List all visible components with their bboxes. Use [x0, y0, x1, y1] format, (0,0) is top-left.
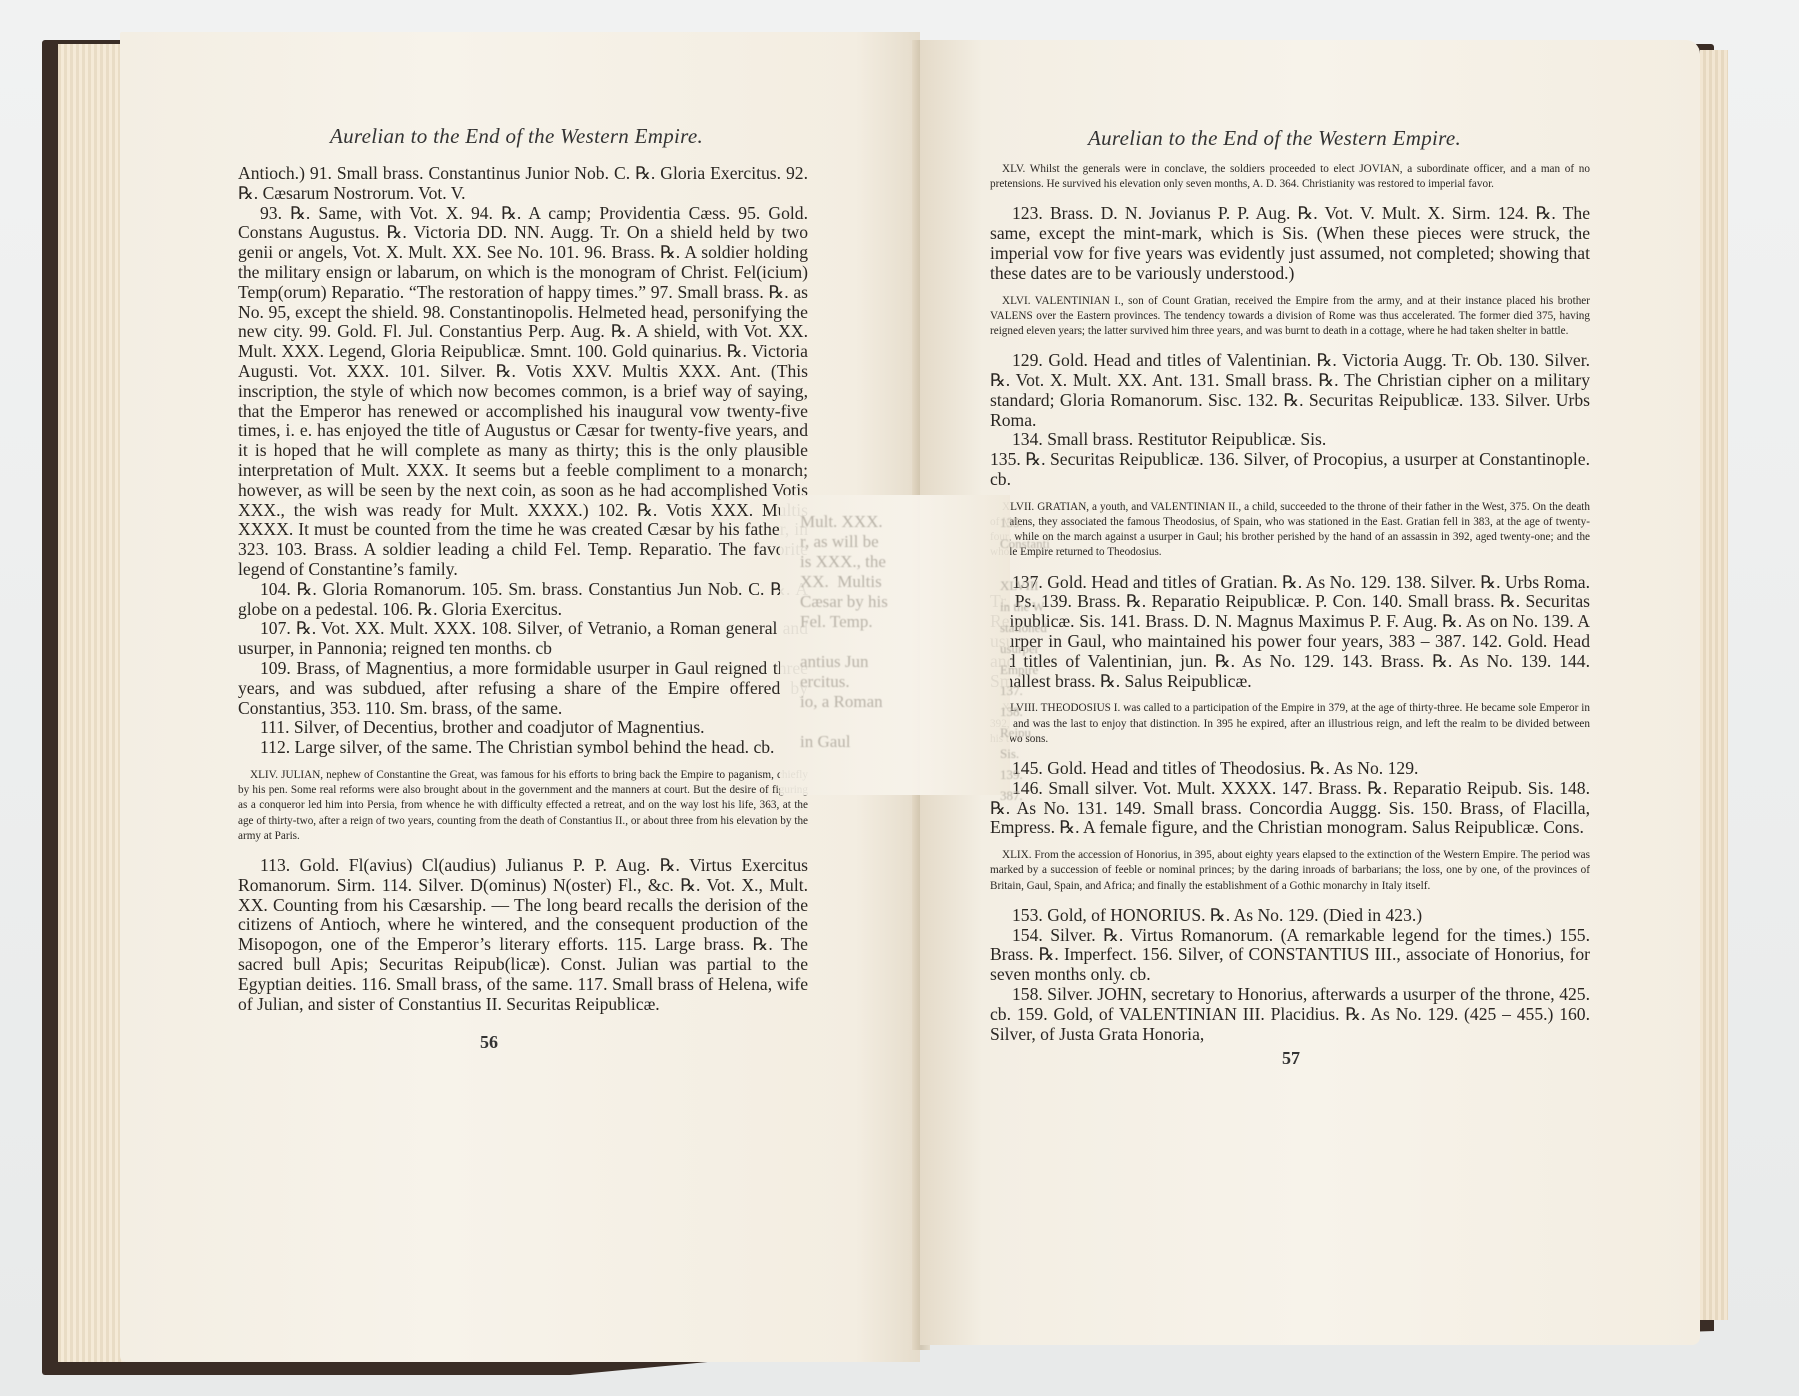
paragraph: 137. Gold. Head and titles of Gratian. ℞… — [990, 573, 1590, 692]
historical-note-xlviii: XLVIII. THEODOSIUS I. was called to a pa… — [990, 701, 1590, 747]
paragraph: 107. ℞. Vot. XX. Mult. XXX. 108. Silver,… — [238, 619, 808, 659]
bleed-through-text-right: 135. Constanti XLVIII in the W stationed… — [1000, 512, 1050, 806]
historical-note-xlix: XLIX. From the accession of Honorius, in… — [990, 848, 1590, 894]
paragraph: 129. Gold. Head and titles of Valentinia… — [990, 351, 1590, 430]
page-number-left: 56 — [480, 1032, 498, 1053]
historical-note-xlvi: XLVI. VALENTINIAN I., son of Count Grati… — [990, 294, 1590, 340]
right-page-body: XLV. Whilst the generals were in conclav… — [990, 158, 1590, 1044]
historical-note-xliv: XLIV. JULIAN, nephew of Constantine the … — [238, 768, 808, 844]
left-page-body: Antioch.) 91. Small brass. Constantinus … — [238, 164, 808, 1014]
page-number-right: 57 — [1282, 1048, 1300, 1069]
paragraph: 154. Silver. ℞. Virtus Romanorum. (A rem… — [990, 926, 1590, 985]
paragraph: 113. Gold. Fl(avius) Cl(audius) Julianus… — [238, 856, 808, 1014]
paragraph: 123. Brass. D. N. Jovianus P. P. Aug. ℞.… — [990, 204, 1590, 283]
paragraph: Antioch.) 91. Small brass. Constantinus … — [238, 164, 808, 204]
paragraph: 109. Brass, of Magnentius, a more formid… — [238, 659, 808, 718]
paragraph: 145. Gold. Head and titles of Theodosius… — [990, 759, 1590, 779]
paragraph: 111. Silver, of Decentius, brother and c… — [238, 718, 808, 738]
paragraph: 134. Small brass. Restitutor Reipublicæ.… — [990, 430, 1590, 450]
paragraph: 93. ℞. Same, with Vot. X. 94. ℞. A camp;… — [238, 204, 808, 580]
historical-note-xlvii: XLVII. GRATIAN, a youth, and VALENTINIAN… — [990, 500, 1590, 561]
page-edges-right — [1700, 50, 1728, 1320]
paragraph: 104. ℞. Gloria Romanorum. 105. Sm. brass… — [238, 580, 808, 620]
running-head-left: Aurelian to the End of the Western Empir… — [330, 124, 703, 149]
paragraph: 146. Small silver. Vot. Mult. XXXX. 147.… — [990, 779, 1590, 838]
paragraph: 153. Gold, of HONORIUS. ℞. As No. 129. (… — [990, 906, 1590, 926]
running-head-right: Aurelian to the End of the Western Empir… — [1088, 126, 1461, 151]
paragraph: 158. Silver. JOHN, secretary to Honorius… — [990, 985, 1590, 1044]
historical-note-xlv: XLV. Whilst the generals were in conclav… — [990, 162, 1590, 192]
bleed-through-text-left: Mult. XXX. r, as will be is XXX., the XX… — [800, 512, 888, 752]
paragraph: 135. ℞. Securitas Reipublicæ. 136. Silve… — [990, 450, 1590, 490]
paragraph: 112. Large silver, of the same. The Chri… — [238, 738, 808, 758]
page-edges-left — [58, 44, 128, 1362]
